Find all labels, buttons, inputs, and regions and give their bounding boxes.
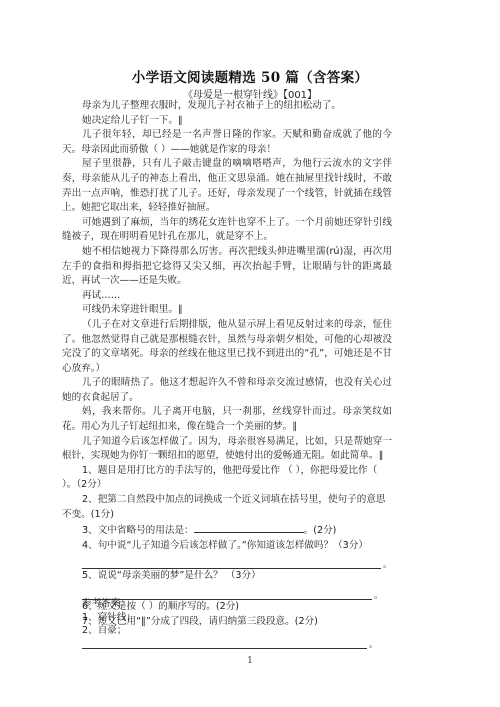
answer-item: 1、穿针线； [82, 611, 136, 625]
paragraph: 儿子的眼睛热了。他这才想起许久不曾和母亲交流过感情，也没有关心过她的衣食起居了。 [62, 376, 392, 405]
question-2: 2、把第二自然段中加点的词换成一个近义词填在括号里，使句子的意思不变。(1分) [62, 493, 392, 522]
article-body: 母亲为儿子整理衣服时，发现儿子衬衣袖子上的纽扣松动了。 她决定给儿子钉一下。∥ … [62, 99, 392, 649]
question-3: 3、文中省略号的用法是：。(2分) [62, 522, 392, 539]
page-number: 1 [0, 656, 500, 666]
question-4-answer-line: 。 [82, 553, 392, 569]
paragraph: 她决定给儿子钉一下。∥ [62, 114, 392, 129]
document-title: 小学语文阅读题精选 50 篇（含答案） [0, 66, 500, 86]
paragraph: 屋子里很静，只有儿子敲击键盘的嘀嘀嗒嗒声，为他行云流水的文字伴奏，母亲能从儿子的… [62, 157, 392, 215]
question-1: 1、题目是用打比方的手法写的，他把母爱比作 （ ），你把母爱比作（ ）。（2分） [62, 464, 392, 493]
question-5: 5、说说“母亲美丽的梦”是什么？ （3分） [62, 569, 392, 584]
paragraph: 儿子很年轻，却已经是一名声誉日隆的作家。天赋和勤奋成就了他的今天。母亲因此而骄傲… [62, 128, 392, 157]
answer-item: 2、自豪； [82, 624, 136, 638]
question-3-score: 。(2分) [304, 525, 337, 536]
paragraph: 她不相信她视力下降得那么厉害。再次把线头伸进嘴里濡(rú)湿，再次用左手的食指和… [62, 245, 392, 289]
paragraph: 母亲为儿子整理衣服时，发现儿子衬衣袖子上的纽扣松动了。 [62, 99, 392, 114]
paragraph: （儿子在对文章进行后期排版，他从显示屏上看见反射过来的母亲，怔住了。他忽然觉得自… [62, 318, 392, 376]
answer-line-period: 。 [383, 561, 392, 569]
question-4: 4、句中说“儿子知道今后该怎样做了。”你知道该怎样做吗？（3分） [62, 539, 392, 554]
question-3-blank [194, 522, 304, 533]
paragraph: 妈，我来帮你。儿子离开电脑，只一刹那，丝线穿针而过。母亲笑纹如花。用心为儿子钉起… [62, 405, 392, 434]
document-page: 小学语文阅读题精选 50 篇（含答案） 《母爱是一根穿针线》【001】 母亲为儿… [0, 0, 500, 707]
paragraph: 可她遇到了麻烦，当年的绣花女连针也穿不上了。一个月前她还穿针引线缝被子，现在明明… [62, 216, 392, 245]
answer-line-period: 。 [369, 641, 378, 649]
paragraph: 可线仍未穿进针眼里。∥ [62, 303, 392, 318]
question-3-prompt: 3、文中省略号的用法是： [82, 525, 194, 536]
answer-underline [82, 647, 367, 649]
answer-key-heading: 参考答案： [82, 597, 136, 611]
paragraph: 儿子知道今后该怎样做了。因为，母亲很容易满足，比如，只是帮她穿一根针，实现她为你… [62, 435, 392, 464]
answer-line-period: 。 [374, 592, 383, 600]
answer-key: 参考答案： 1、穿针线； 2、自豪； [82, 597, 136, 638]
paragraph: 再试…… [62, 289, 392, 304]
